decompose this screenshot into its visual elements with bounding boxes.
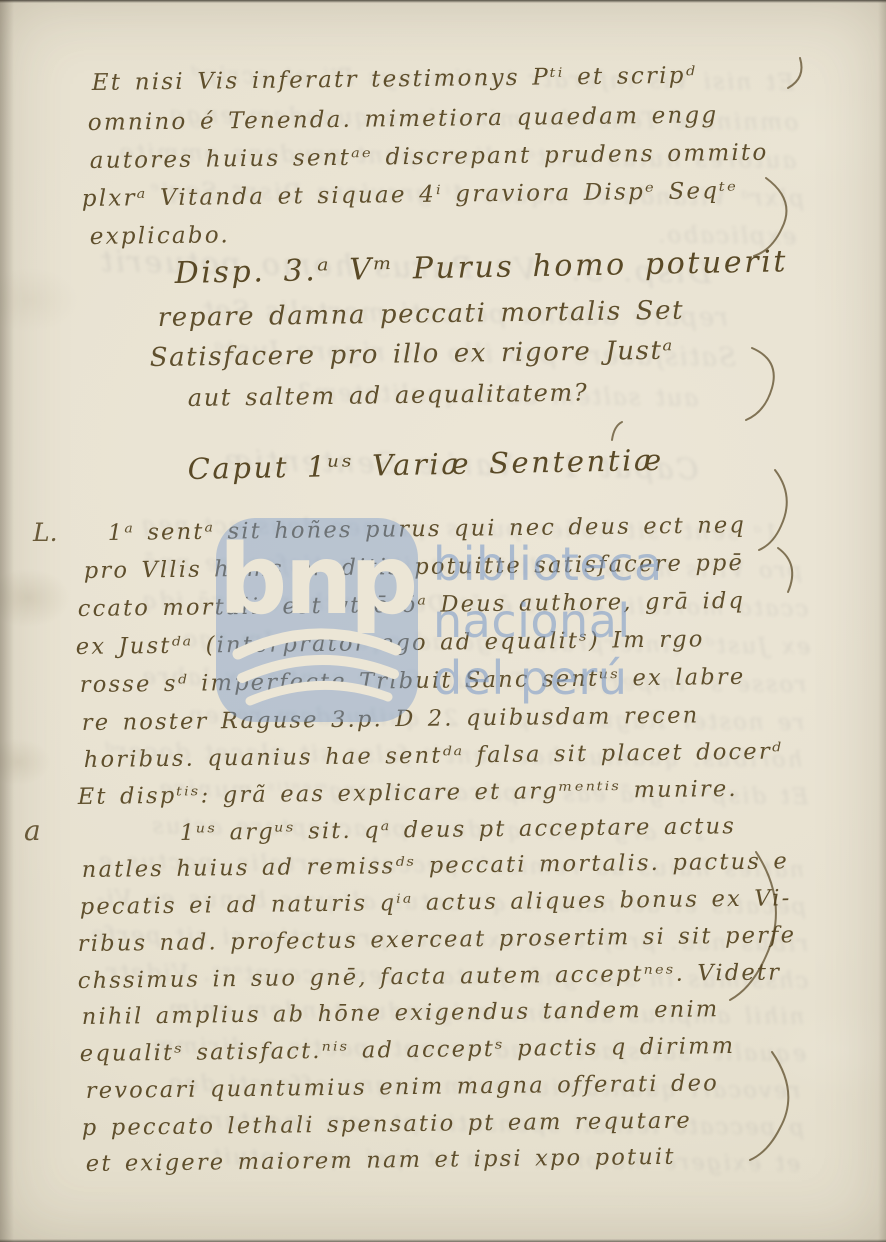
scan-edge-right	[878, 0, 886, 1242]
manuscript-page: Et nisi Vis inferatr testimonys Pᵗⁱ et s…	[0, 0, 886, 1242]
scan-edge-left	[0, 0, 14, 1242]
ink-flourish-strokes	[0, 0, 886, 1242]
